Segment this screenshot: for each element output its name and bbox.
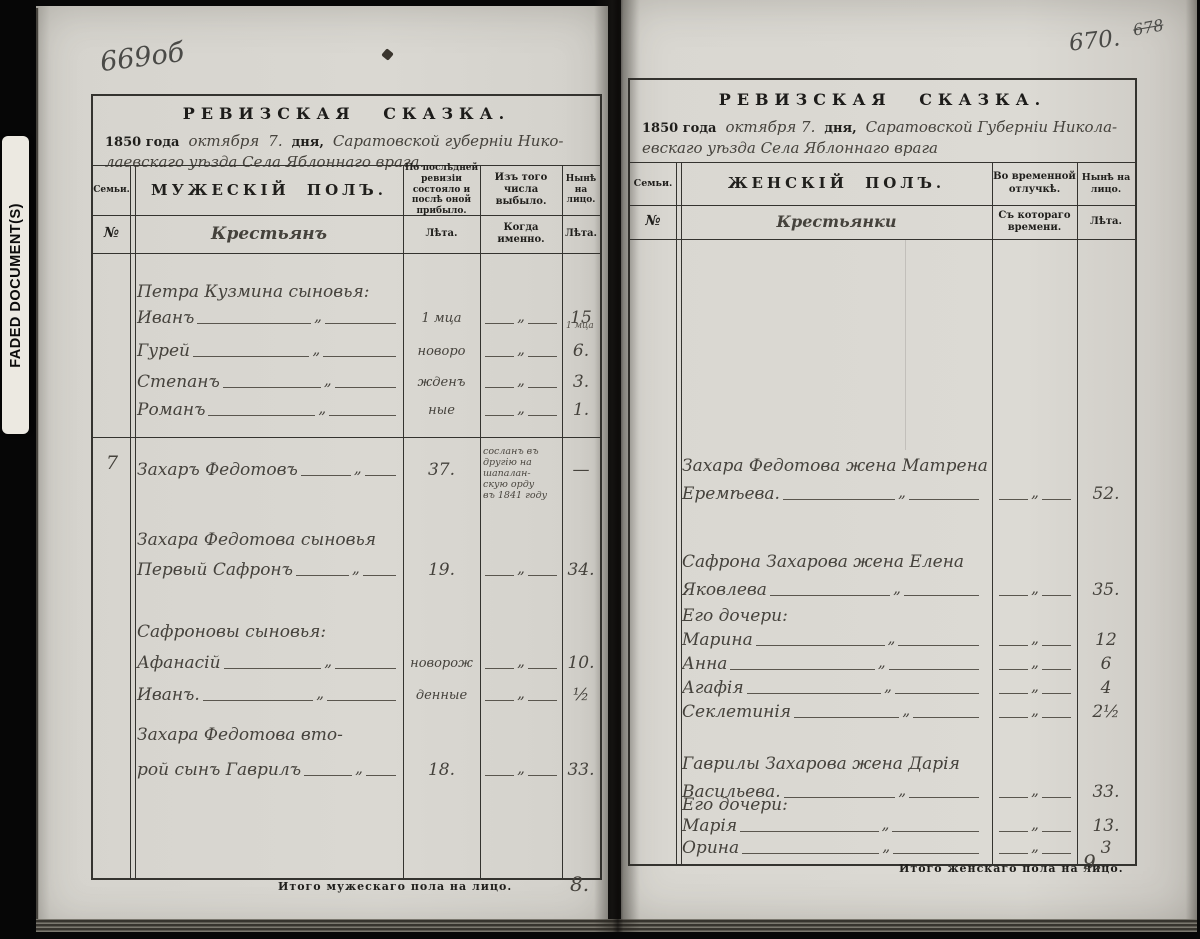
ruled-dash	[528, 689, 557, 702]
col-now-present: Нынѣ на лицо.	[1078, 162, 1134, 205]
ditto-mark: „	[517, 399, 525, 417]
table-row: Яковлева „ „ 35.	[630, 576, 1135, 604]
ditto-mark: „	[314, 307, 322, 325]
ruled-dash	[1042, 634, 1071, 647]
person-name: Яковлева	[682, 580, 767, 600]
col-when-exactly: Когда именно.	[481, 215, 561, 253]
prev-age: 19.	[428, 560, 455, 580]
ruled-dash	[999, 584, 1028, 597]
current-age: 4	[1101, 678, 1112, 698]
current-age: 33.	[567, 760, 594, 780]
table-row: Захара Федотова вто-	[93, 721, 600, 749]
book-gutter	[594, 0, 640, 932]
ditto-mark: „	[1031, 483, 1039, 501]
table-row: Марія „ „ 13.	[630, 814, 1135, 838]
ruled-dash	[203, 689, 313, 702]
ruled-dash	[325, 312, 396, 325]
person-name: Захаръ Федотовъ	[137, 460, 298, 480]
table-row: Сафроновы сыновья:	[93, 618, 600, 646]
person-name: рой сынъ Гаврилъ	[137, 760, 301, 780]
prev-age: жденъ	[418, 375, 466, 390]
ditto-mark: „	[1031, 629, 1039, 647]
ditto-mark: „	[517, 371, 525, 389]
person-name: Степанъ	[137, 372, 220, 392]
ruled-dash	[485, 764, 514, 777]
group-separator	[93, 437, 600, 438]
current-age: 10.	[567, 653, 594, 673]
ruled-dash	[893, 842, 979, 853]
person-name: Гурей	[137, 341, 190, 361]
person-name: Романъ	[137, 400, 205, 420]
prev-age: 37.	[428, 460, 455, 480]
ruled-dash	[193, 345, 309, 358]
ruled-dash	[904, 584, 979, 597]
prev-age: новорож	[410, 656, 473, 671]
current-age: 12	[1095, 630, 1117, 650]
ruled-dash	[730, 658, 875, 671]
ruled-dash	[223, 376, 321, 389]
ruled-dash	[327, 689, 396, 702]
ditto-mark: „	[1031, 653, 1039, 671]
ruled-dash	[485, 345, 514, 358]
ditto-mark: „	[1031, 579, 1039, 597]
ruled-dash	[999, 820, 1028, 831]
table-row: Еремѣева. „ „ 52.	[630, 480, 1135, 508]
family-header: Захара Федотова жена Матрена	[682, 456, 988, 476]
col-departed: Изъ того числа выбыло.	[481, 165, 561, 215]
col-years-sub: Лѣта.	[404, 215, 479, 253]
male-total-label: Итого мужескаго пола на лицо.	[278, 880, 512, 893]
rule	[630, 239, 1135, 240]
handwritten-month-day: октября 7.	[725, 118, 815, 136]
table-row: Степанъ „ жденъ „ 3.	[93, 368, 600, 396]
col-peasants-handwritten: Крестьянки	[681, 205, 992, 239]
current-age: 3.	[573, 372, 589, 392]
ruled-dash	[794, 706, 899, 719]
ink-blot	[381, 48, 394, 61]
table-row: Иванъ. „ денные „ ½	[93, 681, 600, 709]
age-correction-note: 1 мца	[566, 321, 594, 331]
ruled-dash	[999, 488, 1028, 501]
ruled-dash	[485, 564, 514, 577]
daughters-header: Его дочери:	[682, 795, 788, 815]
ruled-dash	[528, 564, 557, 577]
ruled-dash	[1042, 682, 1071, 695]
current-age: —	[573, 460, 590, 480]
col-years-sub: Лѣта.	[1078, 205, 1134, 239]
ditto-mark: „	[902, 701, 910, 719]
person-name: Марія	[682, 816, 737, 836]
handwritten-peasant-women: Крестьянки	[776, 212, 896, 232]
note-line: другію на	[483, 457, 561, 468]
ruled-dash	[197, 312, 311, 325]
table-row: Афанасій „ новорож „ 10.	[93, 649, 600, 677]
ruled-dash	[224, 657, 322, 670]
handwritten-place-2: евскаго уѣзда Села Яблоннаго врага	[642, 139, 938, 157]
ruled-dash	[783, 488, 895, 501]
ditto-mark: „	[316, 684, 324, 702]
person-name: Иванъ.	[137, 685, 200, 705]
col-female-sex: ЖЕНСКІЙ ПОЛЪ.	[681, 162, 992, 205]
current-age: 6	[1101, 654, 1112, 674]
ruled-dash	[363, 564, 396, 577]
table-row: Орина „ „ 3	[630, 836, 1135, 860]
family-header: Гаврилы Захарова жена Дарія	[682, 754, 960, 774]
ditto-mark: „	[882, 837, 890, 855]
ruled-dash	[528, 345, 557, 358]
ruled-dash	[898, 634, 979, 647]
printed-year: 1850 года	[642, 121, 716, 136]
date-line: 1850 года октября 7. дня, Саратовской Гу…	[642, 118, 1127, 136]
person-name: Анна	[682, 654, 727, 674]
ruled-dash	[208, 404, 315, 417]
current-age: 34.	[567, 560, 594, 580]
ruled-dash	[889, 658, 979, 671]
ditto-mark: „	[1031, 815, 1039, 833]
ruled-dash	[1042, 820, 1071, 831]
rule	[93, 253, 600, 254]
ruled-dash	[999, 706, 1028, 719]
page-number-crossed: 678	[1132, 15, 1165, 39]
scanned-revision-list: 669об РЕВИЗСКАЯ СКАЗКА. 1850 года октябр…	[0, 0, 1200, 939]
ruled-dash	[296, 564, 349, 577]
ruled-dash	[742, 842, 879, 853]
revision-title: РЕВИЗСКАЯ СКАЗКА.	[93, 104, 600, 123]
handwritten-day: 7.	[268, 132, 282, 150]
table-row: Сафрона Захарова жена Елена	[630, 548, 1135, 576]
ditto-mark: „	[1031, 701, 1039, 719]
ruled-dash	[335, 376, 396, 389]
ditto-mark: „	[517, 652, 525, 670]
person-name: Орина	[682, 838, 739, 858]
ruled-dash	[747, 682, 882, 695]
family-header: Захара Федотова вто-	[137, 725, 343, 745]
ditto-mark: „	[517, 307, 525, 325]
handwritten-place: Саратовской губерніи Нико-	[333, 132, 564, 150]
table-row: Захара Федотова сыновья	[93, 526, 600, 554]
ruled-dash	[999, 682, 1028, 695]
col-family-no: №	[93, 215, 130, 253]
current-age: 35.	[1092, 580, 1119, 600]
col-family: Семьи.	[93, 165, 130, 215]
table-row: Первый Сафронъ „ 19. „ 34.	[93, 556, 600, 584]
table-row: Гаврилы Захарова жена Дарія	[630, 750, 1135, 778]
page-number-left: 669об	[98, 37, 185, 78]
family-header: Сафроновы сыновья:	[137, 622, 326, 642]
ditto-mark: „	[318, 399, 326, 417]
ruled-dash	[528, 376, 557, 389]
ditto-mark: „	[517, 340, 525, 358]
col-male-sex: МУЖЕСКІЙ ПОЛЪ.	[135, 165, 403, 215]
ruled-dash	[485, 376, 514, 389]
female-table: РЕВИЗСКАЯ СКАЗКА. 1850 года октября 7. д…	[628, 78, 1137, 866]
revision-title: РЕВИЗСКАЯ СКАЗКА.	[630, 90, 1135, 109]
female-total-value: 9.	[1083, 850, 1102, 874]
ruled-dash	[1042, 842, 1071, 853]
ruled-dash	[913, 706, 979, 719]
handwritten-peasants: Крестьянъ	[211, 224, 327, 245]
prev-age: новоро	[418, 344, 466, 359]
current-age: ½	[573, 685, 589, 705]
ruled-dash	[528, 764, 557, 777]
ditto-mark: „	[324, 371, 332, 389]
ditto-mark: „	[355, 759, 363, 777]
ruled-dash	[909, 488, 979, 501]
ruled-dash	[1042, 584, 1071, 597]
note-line: скую орду	[483, 479, 561, 490]
handwritten-month: октября	[188, 132, 259, 150]
ditto-mark: „	[884, 677, 892, 695]
table-row: Петра Кузмина сыновья:	[93, 278, 600, 306]
table-row: Романъ „ ные „ 1.	[93, 396, 600, 424]
ruled-dash	[365, 464, 396, 477]
prev-age: ные	[428, 403, 455, 418]
prev-age: 18.	[428, 760, 455, 780]
ditto-mark: „	[1031, 677, 1039, 695]
ditto-mark: „	[893, 579, 901, 597]
person-name: Иванъ	[137, 308, 194, 328]
ruled-dash	[301, 464, 351, 477]
ditto-mark: „	[517, 559, 525, 577]
family-header: Захара Федотова сыновья	[137, 530, 376, 550]
table-row: Секлетинія „ „ 2½	[630, 698, 1135, 726]
ditto-mark: „	[1031, 837, 1039, 855]
date-line-2: евскаго уѣзда Села Яблоннаго врага	[642, 139, 1127, 157]
ditto-mark: „	[517, 684, 525, 702]
left-page: 669об РЕВИЗСКАЯ СКАЗКА. 1850 года октябр…	[36, 6, 608, 928]
ruled-dash	[895, 682, 979, 695]
male-table: РЕВИЗСКАЯ СКАЗКА. 1850 года октября 7. д…	[91, 94, 602, 880]
ruled-dash	[366, 764, 396, 777]
ruled-dash	[528, 312, 557, 325]
col-peasants-handwritten: Крестьянъ	[135, 215, 403, 253]
table-row: Его дочери:	[630, 794, 1135, 816]
col-prev-revision: По послѣдней ревизіи состояло и послѣ он…	[404, 165, 479, 215]
exile-note: сосланъ въ другію на шапалан- скую орду …	[483, 446, 561, 501]
col-since-when: Съ котораго времени.	[993, 205, 1076, 239]
ditto-mark: „	[312, 340, 320, 358]
ditto-mark: „	[898, 483, 906, 501]
date-line: 1850 года октября 7. дня, Саратовской гу…	[105, 132, 592, 150]
person-name: Агафія	[682, 678, 744, 698]
daughters-header: Его дочери:	[682, 606, 788, 626]
person-name: Афанасій	[137, 653, 221, 673]
current-age: 1.	[573, 400, 589, 420]
printed-day-word: дня,	[292, 135, 324, 150]
ruled-dash	[323, 345, 396, 358]
family-header: Петра Кузмина сыновья:	[137, 282, 369, 302]
table-row: Захара Федотова жена Матрена	[630, 452, 1135, 480]
table-row: рой сынъ Гаврилъ „ 18. „ 33.	[93, 756, 600, 784]
ruled-dash	[740, 820, 879, 831]
note-line: сосланъ въ	[483, 446, 561, 457]
faded-documents-text: FADED DOCUMENT(S)	[8, 203, 24, 368]
ruled-dash	[485, 657, 514, 670]
current-age: 3	[1101, 838, 1112, 858]
ruled-dash	[304, 764, 352, 777]
ruled-dash	[999, 658, 1028, 671]
ruled-dash	[999, 634, 1028, 647]
male-total-value: 8.	[570, 872, 589, 896]
page-number-right: 670.	[1068, 25, 1122, 56]
ruled-dash	[329, 404, 396, 417]
ruled-dash	[528, 657, 557, 670]
prev-age: денные	[416, 688, 467, 703]
person-name: Еремѣева.	[682, 484, 780, 504]
ditto-mark: „	[352, 559, 360, 577]
ruled-dash	[999, 842, 1028, 853]
ditto-mark: „	[888, 629, 896, 647]
ruled-dash	[528, 404, 557, 417]
handwritten-place: Саратовской Губерніи Никола-	[866, 118, 1117, 136]
ruled-dash	[485, 312, 514, 325]
table-row: Иванъ „ 1 мца „ 15 1 мца	[93, 304, 600, 332]
current-age: 6.	[573, 341, 589, 361]
ruled-dash	[756, 634, 885, 647]
ruled-dash	[892, 820, 979, 831]
ditto-mark: „	[517, 759, 525, 777]
prev-age: 1 мца	[421, 311, 461, 326]
ditto-mark: „	[882, 815, 890, 833]
ruled-dash	[485, 689, 514, 702]
ruled-dash	[1042, 488, 1071, 501]
ditto-mark: „	[324, 652, 332, 670]
printed-day-word: дня,	[824, 121, 856, 136]
col-temporary-absence: Во временной отлучкѣ.	[993, 162, 1076, 205]
scanner-edge: FADED DOCUMENT(S)	[0, 0, 36, 939]
ruled-dash	[1042, 658, 1071, 671]
family-header: Сафрона Захарова жена Елена	[682, 552, 964, 572]
right-page: 670. 678 РЕВИЗСКАЯ СКАЗКА. 1850 года окт…	[621, 0, 1197, 921]
person-name: Марина	[682, 630, 753, 650]
current-age: 13.	[1092, 816, 1119, 836]
current-age: 2½	[1092, 702, 1119, 722]
person-name: Секлетинія	[682, 702, 791, 722]
ditto-mark: „	[878, 653, 886, 671]
note-line: шапалан-	[483, 468, 561, 479]
ruled-dash	[1042, 706, 1071, 719]
note-line: въ 1841 году	[483, 490, 561, 501]
ruled-dash	[770, 584, 890, 597]
table-row: Гурей „ новоро „ 6.	[93, 337, 600, 365]
faded-documents-label: FADED DOCUMENT(S)	[2, 136, 29, 434]
printed-year: 1850 года	[105, 135, 179, 150]
ruled-dash	[485, 404, 514, 417]
person-name: Первый Сафронъ	[137, 560, 293, 580]
ruled-dash	[335, 657, 396, 670]
ditto-mark: „	[354, 459, 362, 477]
current-age: 52.	[1092, 484, 1119, 504]
